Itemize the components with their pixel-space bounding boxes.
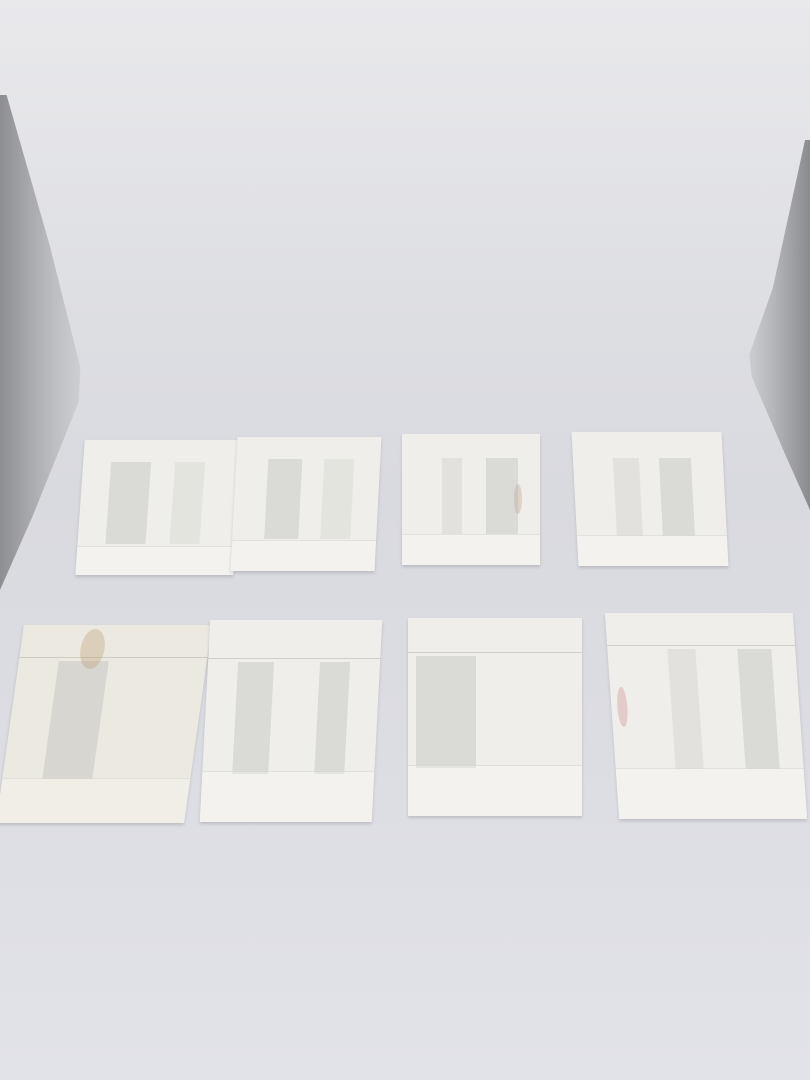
envelope-r2c2 — [200, 620, 383, 822]
envelope-r2c4 — [605, 613, 807, 819]
envelope-r2c3 — [408, 618, 582, 816]
envelope-r1c2 — [230, 437, 381, 571]
envelope-r1c1 — [75, 440, 242, 575]
reflector-panel-right — [748, 140, 810, 510]
reflector-panel-left — [0, 95, 82, 590]
envelope-r1c4 — [571, 432, 728, 566]
envelope-r2c1 — [0, 625, 212, 823]
envelope-r1c3 — [402, 434, 540, 565]
